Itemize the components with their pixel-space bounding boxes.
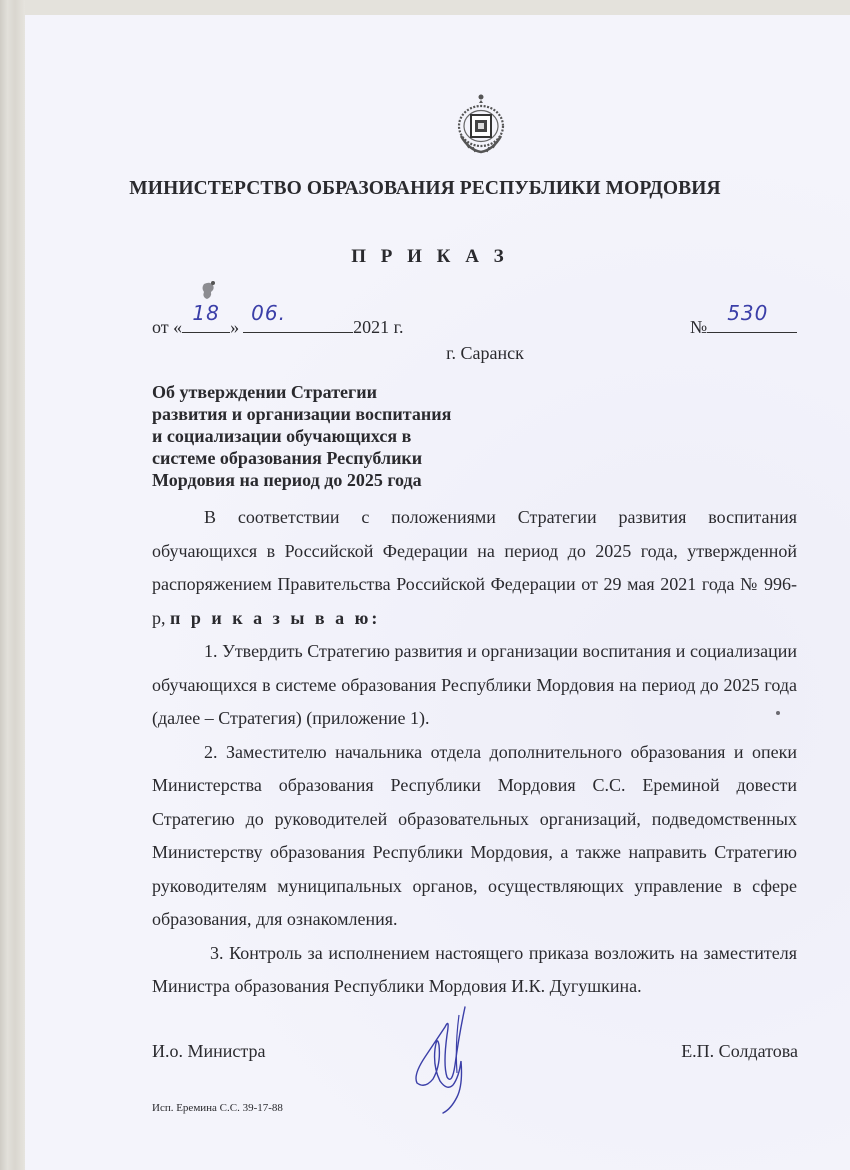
handwritten-signature-icon xyxy=(395,1005,485,1115)
number-prefix: № xyxy=(690,317,707,337)
subject-line: Об утверждении Стратегии xyxy=(152,381,512,403)
month-field: 06. xyxy=(243,313,353,333)
date-mid: » xyxy=(230,317,239,337)
scan-edge xyxy=(0,0,25,1170)
executor-contact: Исп. Еремина С.С. 39-17-88 xyxy=(152,1102,283,1114)
number-handwritten: 530 xyxy=(707,301,797,325)
year: 2021 г. xyxy=(353,317,403,337)
month-handwritten: 06. xyxy=(243,301,353,325)
preamble-paragraph: В соответствии с положениями Стратегии р… xyxy=(152,501,797,635)
order-number: №530 xyxy=(690,313,797,338)
subject-line: Мордовия на период до 2025 года xyxy=(152,469,512,491)
coat-of-arms-icon xyxy=(455,92,507,158)
order-item-3: 3. Контроль за исполнением настоящего пр… xyxy=(152,937,797,1004)
city: г. Саранск xyxy=(0,343,850,364)
scan-speck xyxy=(776,711,780,715)
order-body: В соответствии с положениями Стратегии р… xyxy=(152,501,797,1004)
date-prefix: от « xyxy=(152,317,182,337)
order-item-1: 1. Утвердить Стратегию развития и органи… xyxy=(152,635,797,736)
order-date: от «18»06.2021 г. xyxy=(152,313,404,338)
order-subject: Об утверждении Стратегии развития и орга… xyxy=(152,381,512,491)
ministry-name: МИНИСТЕРСТВО ОБРАЗОВАНИЯ РЕСПУБЛИКИ МОРД… xyxy=(0,178,850,200)
subject-line: и социализации обучающихся в xyxy=(152,425,512,447)
document-type-title: П Р И К А З xyxy=(0,246,850,268)
number-field: 530 xyxy=(707,313,797,333)
order-item-2: 2. Заместителю начальника отдела дополни… xyxy=(152,736,797,937)
ink-smudge xyxy=(198,280,220,302)
day-handwritten: 18 xyxy=(182,301,230,325)
decree-word: п р и к а з ы в а ю: xyxy=(170,608,380,628)
day-field: 18 xyxy=(182,313,230,333)
subject-line: системе образования Республики xyxy=(152,447,512,469)
signatory-name: Е.П. Солдатова xyxy=(681,1041,798,1062)
signatory-role: И.о. Министра xyxy=(152,1041,265,1062)
subject-line: развития и организации воспитания xyxy=(152,403,512,425)
